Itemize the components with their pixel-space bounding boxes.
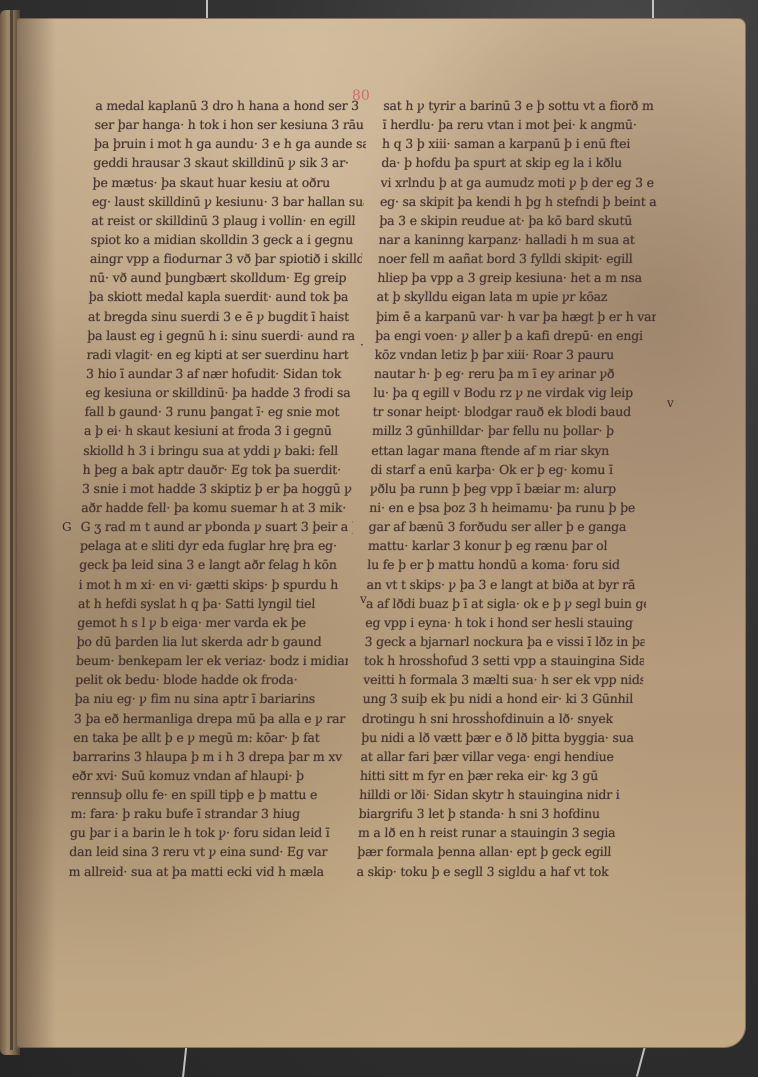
manuscript-line: m: fara· þ raku bufe ī strandar 3 hiug <box>70 804 343 823</box>
text-column-left: a medal kaplanū 3 dro h hana a hond ser … <box>68 96 367 881</box>
manuscript-line: ser þar hanga· h tok i hon ser kesiuna 3… <box>94 115 367 134</box>
manuscript-line: at allar fari þær villar vega· engi hend… <box>360 747 641 766</box>
manuscript-line: hliep þa vpp a 3 greip kesiuna· het a m … <box>377 268 658 287</box>
manuscript-line: pelit ok bedu· blode hadde ok froda· <box>75 670 348 689</box>
manuscript-line: nautar h· þ eg· reru þa m ī ey arinar ꝩð <box>374 364 655 383</box>
manuscript-line: mattu· karlar 3 konur þ eg rænu þar ol <box>368 536 649 555</box>
manuscript-line: þa 3 e skipin reudue at· þa kō bard skut… <box>379 211 660 230</box>
manuscript-line: a medal kaplanū 3 dro h hana a hond ser … <box>95 96 368 115</box>
manuscript-line: 3 geck a bjarnarl nockura þa e vissi ī l… <box>364 632 645 651</box>
manuscript-line: sat h ꝩ tyrir a barinū 3 e þ sottu vt a … <box>383 96 664 115</box>
manuscript-line: þa engi voen· ꝩ aller þ a kafi drepū· en… <box>375 326 656 345</box>
manuscript-line: biargrifu 3 let þ standa· h sni 3 hofdin… <box>358 804 639 823</box>
manuscript-line: þim ē a karpanū var· h var þa hægt þ er … <box>376 307 657 326</box>
manuscript-line: noer fell m aañat bord 3 fylldi skipit· … <box>378 249 659 268</box>
manuscript-line: geddi hrausar 3 skaut skilldinū ꝩ sik 3 … <box>93 153 366 172</box>
manuscript-line: þær formala þenna allan· ept þ geck egil… <box>357 842 638 861</box>
manuscript-line: da· þ hofdu þa spurt at skip eg la i kðl… <box>381 153 662 172</box>
manuscript-line: hilldi or lði· Sidan skytr h stauingina … <box>359 785 640 804</box>
manuscript-line: þe mætus· þa skaut huar kesiu at oðru <box>92 173 365 192</box>
manuscript-line: rennsuþ ollu fe· en spill tipþ e þ mattu… <box>71 785 344 804</box>
manuscript-line: gemot h s l ꝩ b eiga· mer varda ek þe <box>77 613 350 632</box>
manuscript-line: tr sonar heipt· blodgar rauð ek blodi ba… <box>372 402 653 421</box>
manuscript-line: þa niu eg· ꝩ fim nu sina aptr ī bariarin… <box>74 689 347 708</box>
manuscript-line: kōz vndan letiz þ þar xiii· Roar 3 pauru <box>374 345 655 364</box>
manuscript-line: þu nidi a lð vætt þær e ð lð þitta byggi… <box>361 728 642 747</box>
manuscript-line: m a lð en h reist runar a stauingin 3 se… <box>358 823 639 842</box>
manuscript-line: G ӡ rad m t aund ar ꝩbonda ꝩ suart 3 þei… <box>80 517 353 536</box>
manuscript-line: fall b gaund· 3 runu þangat ī· eg snie m… <box>84 402 357 421</box>
manuscript-line: skiolld h 3 i bringu sua at yddi ꝩ baki:… <box>83 441 356 460</box>
manuscript-line: at þ skylldu eigan lata m upie ꝩr kōaz <box>376 287 657 306</box>
manuscript-line: dan leid sina 3 reru vt ꝩ eina sund· Eg … <box>69 842 342 861</box>
manuscript-line: þo dū þarden lia lut skerda adr b gaund <box>76 632 349 651</box>
manuscript-line: 3 snie i mot hadde 3 skiptiz þ er þa hog… <box>82 479 355 498</box>
text-column-right: sat h ꝩ tyrir a barinū 3 e þ sottu vt a … <box>356 96 663 881</box>
manuscript-line: ung 3 suiþ ek þu nidi a hond eir· ki 3 G… <box>362 689 643 708</box>
manuscript-line: tok h hrossḣofud 3 setti vpp a stauingin… <box>364 651 645 670</box>
manuscript-line: beum· benkepam ler ek veriaz· bodz i mid… <box>76 651 349 670</box>
manuscript-line: h þeg a bak aptr dauðr· Eg tok þa suerdi… <box>82 460 355 479</box>
manuscript-line: eðr xvi· Suū komuz vndan af hlaupi· þ <box>72 766 345 785</box>
manuscript-line: geck þa leid sina 3 e langt aðr felag h … <box>79 555 352 574</box>
margin-mark-right-2: v <box>667 396 674 410</box>
manuscript-line: nar a kaninng karpanz· halladi h m sua a… <box>378 230 659 249</box>
manuscript-line: at h hefdi syslat h q þa· Satti lyngil t… <box>78 594 351 613</box>
manuscript-line: eg vpp i eyna· h tok i hond ser hesli st… <box>365 613 646 632</box>
manuscript-line: lu· þa q egill v Bodu rz ꝩ ne virdak vig… <box>373 383 654 402</box>
manuscript-line: ī herdlu· þa reru vtan i mot þei· k angm… <box>382 115 663 134</box>
margin-dot: · <box>360 338 364 352</box>
manuscript-line: eg· laust skilldinū ꝩ kesiunu· 3 bar hal… <box>92 192 365 211</box>
manuscript-line: an vt t skips· ꝩ þa 3 e langt at biða at… <box>366 575 647 594</box>
manuscript-line: en taka þe allt þ e ꝩ megū m: kōar· þ fa… <box>73 728 346 747</box>
manuscript-line: 3 þa eð hermanliga drepa mū þa alla e ꝩ … <box>74 709 347 728</box>
manuscript-line: 3 hio ī aundar 3 af nær hofudit· Sidan t… <box>86 364 359 383</box>
manuscript-line: gar af bænū 3 forðudu ser aller þ e gang… <box>368 517 649 536</box>
manuscript-line: hitti sitt m fyr en þær reka eir· kg 3 g… <box>360 766 641 785</box>
manuscript-line: a skip· toku þ e segll 3 sigldu a haf vt… <box>356 862 637 881</box>
manuscript-line: at bregda sinu suerdi 3 e ē ꝩ bugdit ī h… <box>88 307 361 326</box>
manuscript-line: ni· en e þsa þoz 3 h heimamu· þa runu þ … <box>369 498 650 517</box>
manuscript-line: þa þruin i mot h ga aundu· 3 e h ga aund… <box>94 134 367 153</box>
manuscript-line: a af lðdi buaz þ ī at sigla· ok e þ ꝩ se… <box>366 594 647 613</box>
manuscript-line: at reist or skilldinū 3 plaug i vollin· … <box>91 211 364 230</box>
manuscript-line: pelaga at e sliti dyr eda fuglar hrę þra… <box>80 536 353 555</box>
manuscript-line: ꝩðlu þa runn þ þeg vpp ī bæiar m: alurp <box>370 479 651 498</box>
manuscript-line: lu fe þ er þ mattu hondū a koma· foru si… <box>367 555 648 574</box>
manuscript-line: veitti h formala 3 mælti sua· h ser ek v… <box>363 670 644 689</box>
manuscript-line: gu þar i a barin le h tok ꝩ· foru sidan … <box>70 823 343 842</box>
manuscript-line: radi vlagit· en eg kipti at ser suerdinu… <box>86 345 359 364</box>
manuscript-line: millz 3 gūnhilldar· þar fellu nu þollar·… <box>372 421 653 440</box>
manuscript-line: i mot h m xi· en vi· gætti skips· þ spur… <box>78 575 351 594</box>
manuscript-line: nū· vð aund þungbært skolldum· Eg greip <box>89 268 362 287</box>
manuscript-line: a þ ei· h skaut kesiuni at froda 3 i geg… <box>84 421 357 440</box>
manuscript-line: h q 3 þ xiii· saman a karpanū þ i enū ft… <box>382 134 663 153</box>
manuscript-line: di starf a enū karþa· Ok er þ eg· komu ī <box>370 460 651 479</box>
manuscript-line: eg· sa skipit þa kendi h þg h stefndi þ … <box>380 192 661 211</box>
gutter-shadow <box>16 18 56 1048</box>
manuscript-line: m allreid· sua at þa matti ecki vid h mæ… <box>68 862 341 881</box>
manuscript-line: ettan lagar mana ftende af m riar skyn <box>371 441 652 460</box>
manuscript-line: þa skiott medal kapla suerdit· aund tok … <box>88 287 361 306</box>
manuscript-line: þa laust eg i gegnū h i: sinu suerdi· au… <box>87 326 360 345</box>
margin-initial: G <box>62 520 72 534</box>
manuscript-line: aingr vpp a fiodurnar 3 vð þar spiotið i… <box>90 249 363 268</box>
manuscript-line: aðr hadde fell· þa komu suemar h at 3 mi… <box>81 498 354 517</box>
manuscript-line: eg kesiuna or skilldinū· þa hadde 3 frod… <box>85 383 358 402</box>
manuscript-line: vi xrlndu þ at ga aumudz moti ꝩ þ der eg… <box>380 173 661 192</box>
manuscript-line: spiot ko a midian skolldin 3 geck a i ge… <box>90 230 363 249</box>
margin-mark-right-1: v <box>360 592 367 606</box>
manuscript-line: drotingu h sni hrossḣofdinuin a lð· snye… <box>362 709 643 728</box>
binding-stitch-line <box>10 10 13 1050</box>
manuscript-line: barrarins 3 hlaupa þ m i h 3 drepa þar m… <box>72 747 345 766</box>
